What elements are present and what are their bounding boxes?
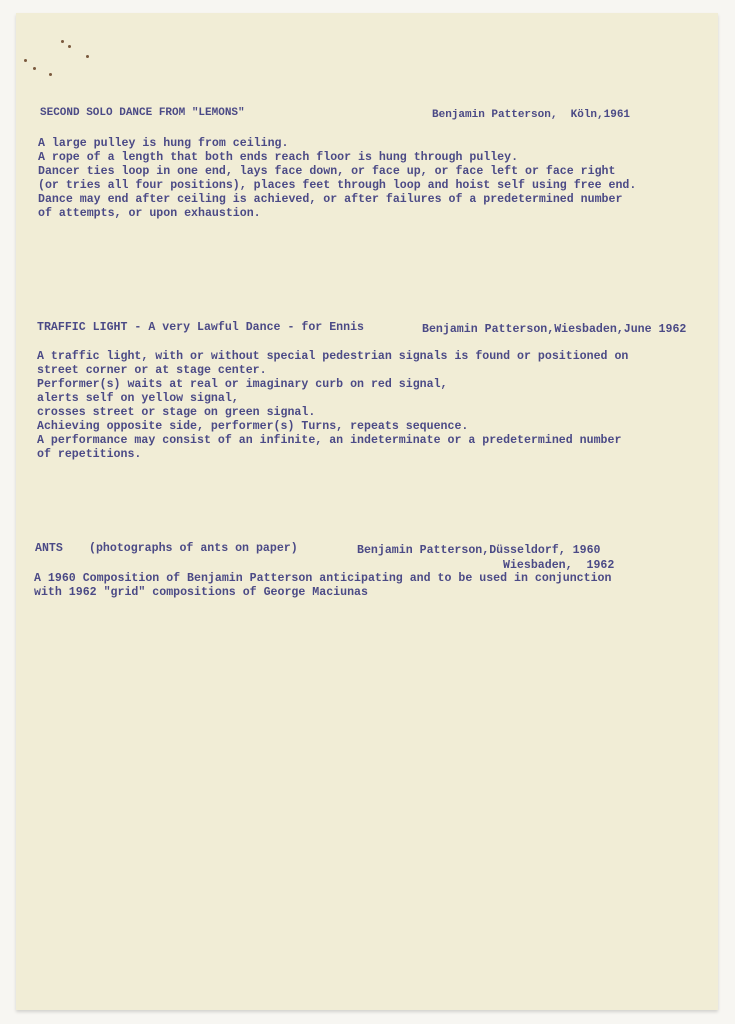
text-line: A 1960 Composition of Benjamin Patterson… [34, 573, 611, 586]
section-attribution-secondary: Wiesbaden, 1962 [503, 560, 614, 573]
text-line: crosses street or stage on green signal. [37, 407, 315, 420]
text-line: of attempts, or upon exhaustion. [38, 208, 261, 221]
ant-mark [33, 67, 36, 70]
section-subtitle: (photographs of ants on paper) [89, 543, 298, 556]
text-line: Dancer ties loop in one end, lays face d… [38, 166, 615, 179]
section-attribution: Benjamin Patterson,Wiesbaden,June 1962 [422, 324, 686, 337]
text-line: A rope of a length that both ends reach … [38, 152, 518, 165]
text-line: street corner or at stage center. [37, 365, 267, 378]
ant-mark [24, 59, 27, 62]
text-line: alerts self on yellow signal, [37, 393, 239, 406]
text-line: A large pulley is hung from ceiling. [38, 138, 288, 151]
text-line: with 1962 "grid" compositions of George … [34, 587, 368, 600]
text-line: Achieving opposite side, performer(s) Tu… [37, 421, 468, 434]
ant-mark [68, 45, 71, 48]
text-line: A performance may consist of an infinite… [37, 435, 621, 448]
text-line: Dance may end after ceiling is achieved,… [38, 194, 622, 207]
ant-mark [49, 73, 52, 76]
section-attribution: Benjamin Patterson, Köln,1961 [432, 109, 630, 122]
section-title: ANTS [35, 543, 63, 556]
ant-mark [61, 40, 64, 43]
ant-mark [86, 55, 89, 58]
section-title: TRAFFIC LIGHT - A very Lawful Dance - fo… [37, 322, 364, 335]
section-attribution: Benjamin Patterson,Düsseldorf, 1960 [357, 545, 601, 558]
text-line: A traffic light, with or without special… [37, 351, 628, 364]
text-line: (or tries all four positions), places fe… [38, 180, 636, 193]
text-line: Performer(s) waits at real or imaginary … [37, 379, 448, 392]
section-title: SECOND SOLO DANCE FROM "LEMONS" [40, 107, 245, 120]
text-line: of repetitions. [37, 449, 141, 462]
